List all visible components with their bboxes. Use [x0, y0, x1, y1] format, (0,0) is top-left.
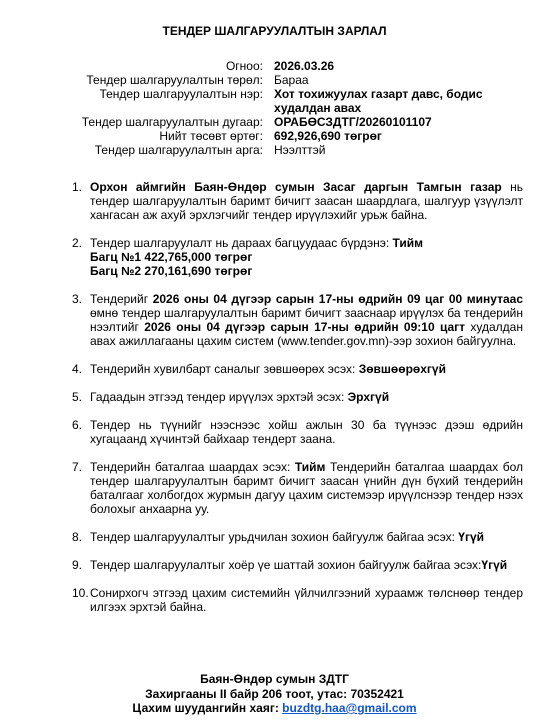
document-title: ТЕНДЕР ШАЛГАРУУЛАЛТЫН ЗАРЛАЛ — [0, 24, 549, 38]
list-item: 8.Тендер шалгаруулалтыг урьдчилан зохион… — [72, 530, 523, 544]
meta-value: 2026.03.26 — [274, 59, 514, 73]
body-text: Сонирхогч этгээд цахим системийн үйлчилг… — [90, 586, 523, 614]
item-number: 5. — [72, 390, 90, 404]
emphasis-text: Тийм — [295, 460, 326, 474]
list-item: 9.Тендер шалгаруулалтыг хоёр үе шаттай з… — [72, 558, 523, 572]
item-number: 6. — [72, 418, 90, 446]
meta-label: Тендер шалгаруулалтын нэр: — [0, 87, 274, 115]
meta-value: 692,926,690 төгрөг — [274, 129, 514, 143]
meta-value: Хот тохижуулах газарт давс, бодис худалд… — [274, 87, 514, 115]
item-text: Орхон аймгийн Баян-Өндөр сумын Засаг дар… — [90, 180, 523, 222]
body-text: Тендерийн хувилбарт саналыг зөвшөөрөх эс… — [90, 362, 359, 376]
emphasis-text: Үгүй — [458, 530, 484, 544]
footer-contact: Баян-Өндөр сумын ЗДТГ Захиргааны II байр… — [0, 672, 549, 716]
meta-row-type: Тендер шалгаруулалтын төрөл: Бараа — [0, 73, 549, 87]
emphasis-text: Эрхгүй — [348, 390, 389, 404]
item-number: 9. — [72, 558, 90, 572]
item-text: Тендер шалгаруулалтыг урьдчилан зохион б… — [90, 530, 523, 544]
list-item: 2.Тендер шалгаруулалт нь дараах багцууда… — [72, 236, 523, 278]
body-text: Тендер шалгаруулалтыг урьдчилан зохион б… — [90, 530, 458, 544]
meta-label: Тендер шалгаруулалтын дугаар: — [0, 115, 274, 129]
item-text: Тендер нь түүнийг нээснээс хойш ажлын 30… — [90, 418, 523, 446]
footer-address: Захиргааны II байр 206 тоот, утас: 70352… — [0, 687, 549, 702]
emphasis-text: Тийм — [393, 236, 424, 250]
item-number: 4. — [72, 362, 90, 376]
footer-email-line: Цахим шуудангийн хаяг: buzdtg.haa@gmail.… — [0, 701, 549, 716]
tender-meta-table: Огноо: 2026.03.26 Тендер шалгаруулалтын … — [0, 59, 549, 157]
footer-org: Баян-Өндөр сумын ЗДТГ — [0, 672, 549, 687]
item-text: Тендер шалгаруулалтыг хоёр үе шаттай зох… — [90, 558, 523, 572]
body-text: Тендер нь түүнийг нээснээс хойш ажлын 30… — [90, 418, 523, 446]
meta-value: Бараа — [274, 73, 514, 87]
body-text: Тендерийн баталгаа шаардах эсэх: — [90, 460, 295, 474]
body-text: Тендер шалгаруулалт нь дараах багцуудаас… — [90, 236, 393, 250]
meta-row-number: Тендер шалгаруулалтын дугаар: ОРАБӨСЗДТГ… — [0, 115, 549, 129]
list-item: 3.Тендерийг 2026 оны 04 дүгээр сарын 17-… — [72, 292, 523, 348]
item-number: 10. — [72, 586, 90, 614]
meta-row-date: Огноо: 2026.03.26 — [0, 59, 549, 73]
list-item: 5.Гадаадын этгээд тендер ирүүлэх эрхтэй … — [72, 390, 523, 404]
meta-label: Огноо: — [0, 59, 274, 73]
emphasis-text: Үгүй — [481, 558, 507, 572]
body-text: Тендер шалгаруулалтыг хоёр үе шаттай зох… — [90, 558, 481, 572]
item-number: 1. — [72, 180, 90, 222]
list-item: 4.Тендерийн хувилбарт саналыг зөвшөөрөх … — [72, 362, 523, 376]
emphasis-text: Зөвшөөрөхгүй — [359, 362, 446, 376]
meta-row-budget: Нийт төсөвт өртөг: 692,926,690 төгрөг — [0, 129, 549, 143]
item-text: Тендер шалгаруулалт нь дараах багцуудаас… — [90, 236, 523, 278]
item-text: Тендерийг 2026 оны 04 дүгээр сарын 17-ны… — [90, 292, 523, 348]
meta-label: Нийт төсөвт өртөг: — [0, 129, 274, 143]
item-number: 3. — [72, 292, 90, 348]
meta-value: ОРАБӨСЗДТГ/20260101107 — [274, 115, 514, 129]
footer-email-label: Цахим шуудангийн хаяг: — [132, 701, 282, 715]
list-item: 1.Орхон аймгийн Баян-Өндөр сумын Засаг д… — [72, 180, 523, 222]
list-item: 6.Тендер нь түүнийг нээснээс хойш ажлын … — [72, 418, 523, 446]
emphasis-text: Багц №1 422,765,000 төгрөг — [90, 250, 523, 264]
item-number: 8. — [72, 530, 90, 544]
item-number: 7. — [72, 460, 90, 516]
item-text: Тендерийн баталгаа шаардах эсэх: Тийм Те… — [90, 460, 523, 516]
meta-value: Нээлттэй — [274, 143, 514, 157]
item-text: Тендерийн хувилбарт саналыг зөвшөөрөх эс… — [90, 362, 523, 376]
item-text: Гадаадын этгээд тендер ирүүлэх эрхтэй эс… — [90, 390, 523, 404]
meta-label: Тендер шалгаруулалтын арга: — [0, 143, 274, 157]
tender-conditions-list: 1.Орхон аймгийн Баян-Өндөр сумын Засаг д… — [72, 180, 523, 628]
list-item: 7.Тендерийн баталгаа шаардах эсэх: Тийм … — [72, 460, 523, 516]
meta-label: Тендер шалгаруулалтын төрөл: — [0, 73, 274, 87]
body-text: Тендерийг — [90, 292, 153, 306]
list-item: 10.Сонирхогч этгээд цахим системийн үйлч… — [72, 586, 523, 614]
emphasis-text: 2026 оны 04 дүгээр сарын 17-ны өдрийн 09… — [153, 292, 523, 306]
emphasis-text: 2026 оны 04 дүгээр сарын 17-ны өдрийн 09… — [144, 320, 465, 334]
meta-row-name: Тендер шалгаруулалтын нэр: Хот тохижуула… — [0, 87, 549, 115]
meta-row-method: Тендер шалгаруулалтын арга: Нээлттэй — [0, 143, 549, 157]
item-number: 2. — [72, 236, 90, 278]
item-text: Сонирхогч этгээд цахим системийн үйлчилг… — [90, 586, 523, 614]
emphasis-text: Орхон аймгийн Баян-Өндөр сумын Засаг дар… — [90, 180, 502, 194]
email-link[interactable]: buzdtg.haa@gmail.com — [282, 701, 416, 715]
emphasis-text: Багц №2 270,161,690 төгрөг — [90, 264, 523, 278]
body-text: Гадаадын этгээд тендер ирүүлэх эрхтэй эс… — [90, 390, 348, 404]
